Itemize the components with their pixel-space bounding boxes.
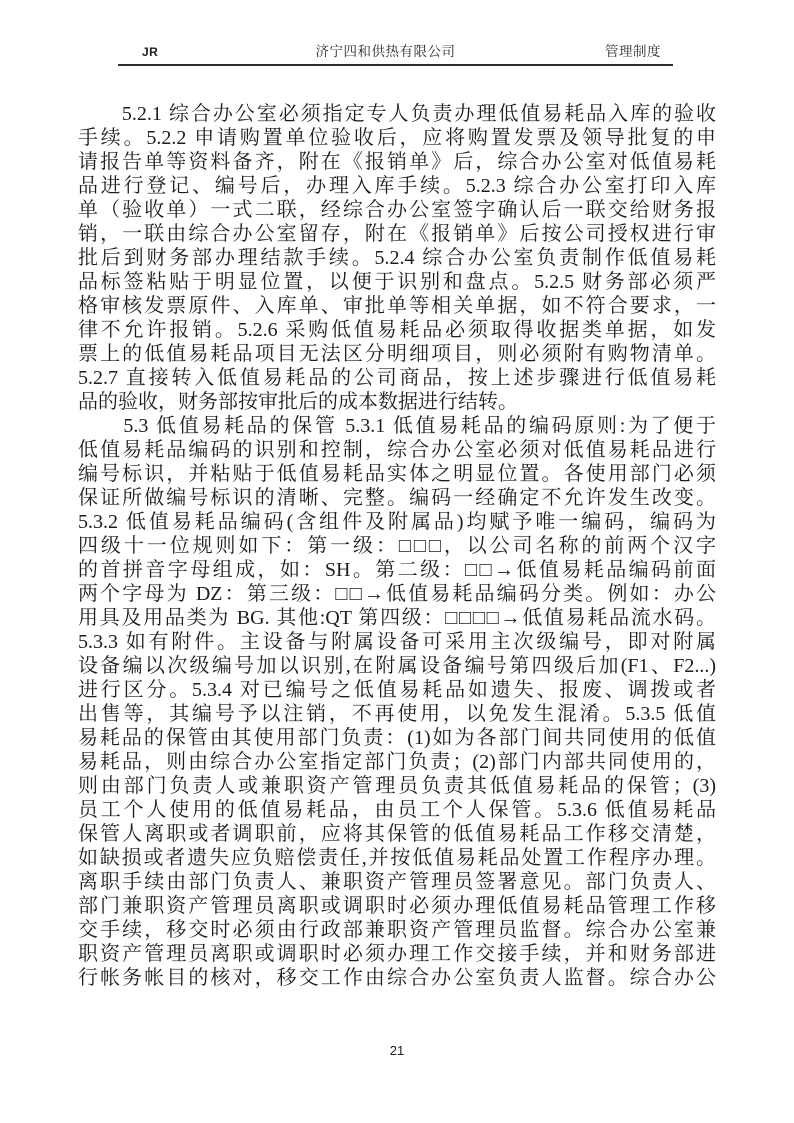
text-line: 5.3.3 如有附件。主设备与附属设备可采用主次级编号，即对附属 — [78, 630, 716, 654]
text-line: 5.2.7 直接转入低值易耗品的公司商品，按上述步骤进行低值易耗 — [78, 366, 716, 390]
text-line: 易耗品，则由综合办公室指定部门负责；(2)部门内部共同使用的， — [78, 750, 716, 774]
text-line: 品的验收，财务部按审批后的成本数据进行结转。 — [78, 390, 716, 414]
text-line: 律不允许报销。5.2.6 采购低值易耗品必须取得收据类单据，如发 — [78, 318, 716, 342]
text-line: 品标签粘贴于明显位置，以便于识别和盘点。5.2.5 财务部必须严 — [78, 270, 716, 294]
text-line: 手续。5.2.2 申请购置单位验收后，应将购置发票及领导批复的申 — [78, 126, 716, 150]
text-line: 保管人离职或者调职前，应将其保管的低值易耗品工作移交清楚， — [78, 822, 716, 846]
text-line: 低值易耗品编码的识别和控制，综合办公室必须对低值易耗品进行 — [78, 438, 716, 462]
text-line: 行帐务帐目的核对，移交工作由综合办公室负责人监督。综合办公 — [78, 966, 716, 990]
text-line: 5.3 低值易耗品的保管 5.3.1 低值易耗品的编码原则:为了便于 — [78, 414, 716, 438]
text-line: 易耗品的保管由其使用部门负责：(1)如为各部门间共同使用的低值 — [78, 726, 716, 750]
text-line: 品进行登记、编号后，办理入库手续。5.2.3 综合办公室打印入库 — [78, 174, 716, 198]
text-line: 票上的低值易耗品项目无法区分明细项目，则必须附有购物清单。 — [78, 342, 716, 366]
text-line: 5.2.1 综合办公室必须指定专人负责办理低值易耗品入库的验收 — [78, 102, 716, 126]
text-line: 设备编以次级编号加以识别,在附属设备编号第四级后加(F1、F2...) — [78, 654, 716, 678]
text-line: 交手续，移交时必须由行政部兼职资产管理员监督。综合办公室兼 — [78, 918, 716, 942]
text-line: 编号标识，并粘贴于低值易耗品实体之明显位置。各使用部门必须 — [78, 462, 716, 486]
page-footer: 21 — [0, 1042, 794, 1060]
text-line: 四级十一位规则如下：第一级：□□□，以公司名称的前两个汉字 — [78, 534, 716, 558]
text-line: 销，一联由综合办公室留存，附在《报销单》后按公司授权进行审 — [78, 222, 716, 246]
header-company-name: 济宁四和供热有限公司 — [118, 40, 653, 60]
document-body-text: 5.2.1 综合办公室必须指定专人负责办理低值易耗品入库的验收手续。5.2.2 … — [78, 102, 716, 990]
document-page: JR 济宁四和供热有限公司 管理制度 5.2.1 综合办公室必须指定专人负责办理… — [0, 0, 794, 1123]
text-line: 职资产管理员离职或调职时必须办理工作交接手续，并和财务部进 — [78, 942, 716, 966]
text-line: 部门兼职资产管理员离职或调职时必须办理低值易耗品管理工作移 — [78, 894, 716, 918]
text-line: 员工个人使用的低值易耗品，由员工个人保管。5.3.6 低值易耗品 — [78, 798, 716, 822]
text-line: 5.3.2 低值易耗品编码(含组件及附属品)均赋予唯一编码，编码为 — [78, 510, 716, 534]
text-line: 保证所做编号标识的清晰、完整。编码一经确定不允许发生改变。 — [78, 486, 716, 510]
text-line: 格审核发票原件、入库单、审批单等相关单据，如不符合要求，一 — [78, 294, 716, 318]
text-line: 请报告单等资料备齐，附在《报销单》后，综合办公室对低值易耗 — [78, 150, 716, 174]
text-line: 两个字母为 DZ：第三级：□□→低值易耗品编码分类。例如：办公 — [78, 582, 716, 606]
page-number: 21 — [390, 1043, 404, 1058]
text-line: 批后到财务部办理结款手续。5.2.4 综合办公室负责制作低值易耗 — [78, 246, 716, 270]
text-line: 出售等，其编号予以注销，不再使用，以免发生混淆。5.3.5 低值 — [78, 702, 716, 726]
text-line: 离职手续由部门负责人、兼职资产管理员签署意见。部门负责人、 — [78, 870, 716, 894]
text-line: 的首拼音字母组成，如：SH。第二级：□□→低值易耗品编码前面 — [78, 558, 716, 582]
text-line: 进行区分。5.3.4 对已编号之低值易耗品如遗失、报废、调拨或者 — [78, 678, 716, 702]
text-line: 如缺损或者遗失应负赔偿责任,并按低值易耗品处置工作程序办理。 — [78, 846, 716, 870]
text-line: 用具及用品类为 BG. 其他:QT 第四级：□□□□→低值易耗品流水码。 — [78, 606, 716, 630]
header-doc-type: 管理制度 — [605, 40, 661, 60]
page-header: JR 济宁四和供热有限公司 管理制度 — [118, 38, 673, 66]
text-line: 单（验收单）一式二联，经综合办公室签字确认后一联交给财务报 — [78, 198, 716, 222]
text-line: 则由部门负责人或兼职资产管理员负责其低值易耗品的保管；(3) — [78, 774, 716, 798]
